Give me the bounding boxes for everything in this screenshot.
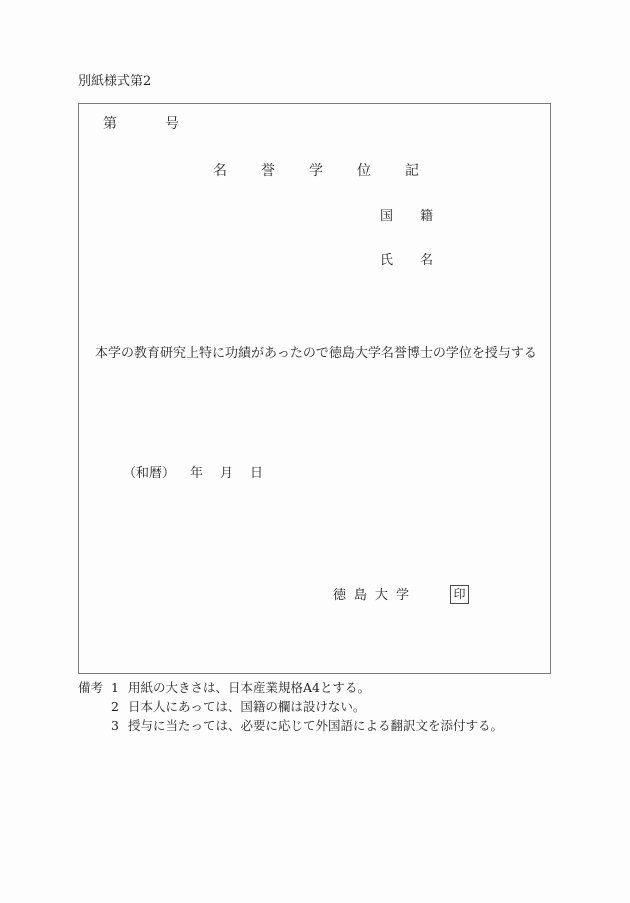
date-year-label: 年 xyxy=(190,466,203,482)
nationality-field-label: 国 籍 xyxy=(380,209,440,225)
date-day-label: 日 xyxy=(250,466,263,482)
certificate-frame: 第 号 名誉学位記 国 籍 氏 名 本学の教育研究上特に功績があったので徳島大学… xyxy=(78,103,551,674)
remark-item: 1 用紙の大きさは、日本産業規格A4とする。 xyxy=(111,678,503,697)
remarks-label: 備考 xyxy=(78,678,111,735)
seal-placeholder: 印 xyxy=(450,585,469,604)
date-era-label: （和暦） xyxy=(123,466,175,482)
remark-number: 2 xyxy=(111,697,128,716)
remark-number: 3 xyxy=(111,716,128,735)
certificate-number-prefix: 第 xyxy=(103,116,117,133)
remark-text: 用紙の大きさは、日本産業規格A4とする。 xyxy=(128,678,370,697)
university-name: 徳島大学 xyxy=(333,588,417,604)
date-line: （和暦） 年 月 日 xyxy=(123,466,423,484)
remarks-section: 備考 1 用紙の大きさは、日本産業規格A4とする。 2 日本人にあっては、国籍の… xyxy=(78,678,503,735)
certificate-body-text: 本学の教育研究上特に功績があったので徳島大学名誉博士の学位を授与する xyxy=(95,346,537,363)
form-number-label: 別紙様式第2 xyxy=(78,75,151,89)
date-month-label: 月 xyxy=(220,466,233,482)
remarks-list: 1 用紙の大きさは、日本産業規格A4とする。 2 日本人にあっては、国籍の欄は設… xyxy=(111,678,503,735)
remark-number: 1 xyxy=(111,678,128,697)
certificate-title: 名誉学位記 xyxy=(213,163,453,180)
signature-line: 徳島大学 印 xyxy=(79,585,550,607)
remark-text: 授与に当たっては、必要に応じて外国語による翻訳文を添付する。 xyxy=(128,716,503,735)
remark-text: 日本人にあっては、国籍の欄は設けない。 xyxy=(128,697,365,716)
name-field-label: 氏 名 xyxy=(380,253,440,269)
certificate-number-suffix: 号 xyxy=(165,116,179,133)
remark-item: 2 日本人にあっては、国籍の欄は設けない。 xyxy=(111,697,503,716)
remark-item: 3 授与に当たっては、必要に応じて外国語による翻訳文を添付する。 xyxy=(111,716,503,735)
document-page: 別紙様式第2 第 号 名誉学位記 国 籍 氏 名 本学の教育研究上特に功績があっ… xyxy=(0,0,630,903)
